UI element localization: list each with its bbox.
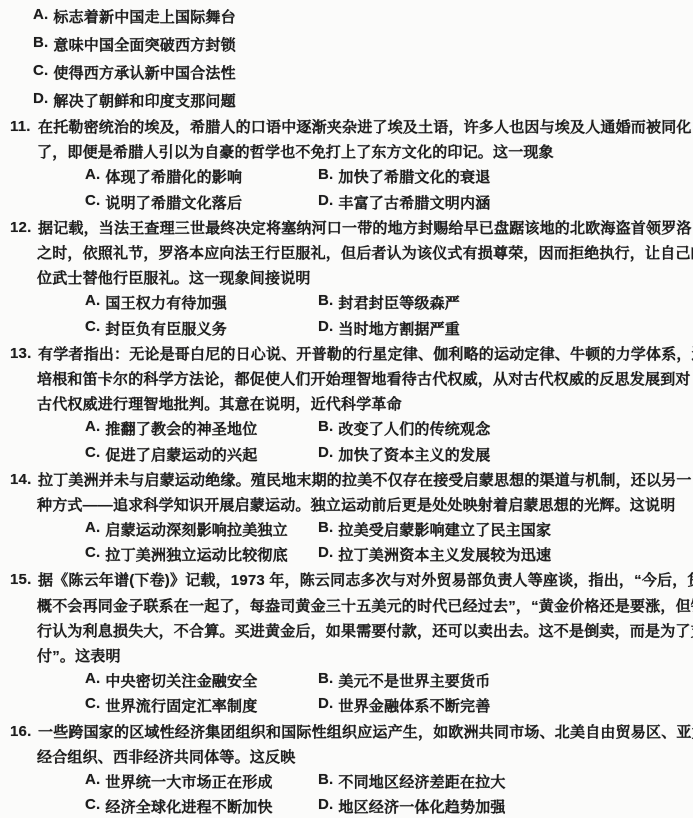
option-label: A. bbox=[85, 418, 100, 439]
stem-line: 14. 拉丁美洲并未与启蒙运动绝缘。殖民地末期的拉美不仅存在接受启蒙思想的渠道与… bbox=[0, 467, 693, 492]
stem-text: 据记载，当法王查理三世最终决定将塞纳河口一带的地方封赐给早已盘踞该地的北欧海盗首… bbox=[38, 217, 692, 238]
orphan-option-a: A.标志着新中国走上国际舞台 bbox=[0, 2, 693, 30]
option-c: C.拉丁美洲独立运动比较彻底 bbox=[85, 544, 318, 565]
option-label: D. bbox=[318, 318, 333, 339]
option-text: 封君封臣等级森严 bbox=[338, 292, 460, 313]
option-d: D.当时地方割据严重 bbox=[318, 318, 460, 339]
option-text: 当时地方割据严重 bbox=[338, 318, 460, 339]
orphan-option-c: C.使得西方承认新中国合法性 bbox=[0, 58, 693, 86]
option-c: C.世界流行固定汇率制度 bbox=[85, 695, 318, 716]
option-a: A.国王权力有待加强 bbox=[85, 292, 318, 313]
question-number: 12. bbox=[10, 219, 38, 236]
options-row: A.启蒙运动深刻影响拉美独立 B.拉美受启蒙影响建立了民主国家 bbox=[0, 517, 693, 542]
option-label: D. bbox=[33, 90, 48, 111]
question-number: 15. bbox=[10, 571, 38, 588]
stem-line: 之时，依照礼节，罗洛本应向法王行臣服礼，但后者认为该仪式有损尊荣，因而拒绝执行，… bbox=[0, 240, 693, 265]
stem-text: 行认为利息损失大，不合算。买进黄金后，如果需要付款，还可以卖出去。这不是倒卖，而… bbox=[37, 620, 693, 641]
option-label: A. bbox=[85, 292, 100, 313]
option-a: A.中央密切关注金融安全 bbox=[85, 670, 318, 691]
option-text: 启蒙运动深刻影响拉美独立 bbox=[105, 519, 287, 540]
option-label: C. bbox=[85, 318, 100, 339]
option-label: B. bbox=[33, 34, 48, 55]
option-c: C.封臣负有臣服义务 bbox=[85, 318, 318, 339]
stem-text: 付”。这表明 bbox=[37, 645, 121, 666]
stem-text: 经合组织、西非经济共同体等。这反映 bbox=[37, 746, 295, 767]
exam-page: A.标志着新中国走上国际舞台 B.意味中国全面突破西方封锁 C.使得西方承认新中… bbox=[0, 0, 693, 818]
option-b: B.拉美受启蒙影响建立了民主国家 bbox=[318, 519, 551, 540]
question-number: 14. bbox=[10, 471, 38, 488]
stem-line: 15. 据《陈云年谱(下卷)》记载，1973 年，陈云同志多次与对外贸易部负责人… bbox=[0, 567, 693, 592]
option-text: 世界统一大市场正在形成 bbox=[105, 771, 272, 792]
orphan-option-b: B.意味中国全面突破西方封锁 bbox=[0, 30, 693, 58]
question-13: 13. 有学者指出：无论是哥白尼的日心说、开普勒的行星定律、伽利略的运动定律、牛… bbox=[0, 341, 693, 467]
option-a: A.体现了希腊化的影响 bbox=[85, 166, 318, 187]
option-text: 改变了人们的传统观念 bbox=[338, 418, 490, 439]
option-label: A. bbox=[33, 6, 48, 27]
options-row: C.封臣负有臣服义务 D.当时地方割据严重 bbox=[0, 316, 693, 341]
option-text: 封臣负有臣服义务 bbox=[105, 318, 227, 339]
option-label: A. bbox=[85, 166, 100, 187]
option-c: C.促进了启蒙运动的兴起 bbox=[85, 444, 318, 465]
stem-line: 16. 一些跨国家的区域性经济集团组织和国际性组织应运产生，如欧洲共同市场、北美… bbox=[0, 719, 693, 744]
option-label: B. bbox=[318, 166, 333, 187]
option-label: C. bbox=[85, 192, 100, 213]
option-d: D.拉丁美洲资本主义发展较为迅速 bbox=[318, 544, 551, 565]
option-text: 使得西方承认新中国合法性 bbox=[53, 62, 235, 83]
question-12: 12. 据记载，当法王查理三世最终决定将塞纳河口一带的地方封赐给早已盘踞该地的北… bbox=[0, 215, 693, 341]
stem-text: 培根和笛卡尔的科学方法论，都促使人们开始理智地看待古代权威，从对古代权威的反思发… bbox=[37, 368, 691, 389]
question-14: 14. 拉丁美洲并未与启蒙运动绝缘。殖民地末期的拉美不仅存在接受启蒙思想的渠道与… bbox=[0, 467, 693, 568]
option-c: C.经济全球化进程不断加快 bbox=[85, 796, 318, 817]
options-row: C.经济全球化进程不断加快 D.地区经济一体化趋势加强 bbox=[0, 794, 693, 818]
option-d: D.丰富了古希腊文明内涵 bbox=[318, 192, 490, 213]
option-a: A.世界统一大市场正在形成 bbox=[85, 771, 318, 792]
stem-text: 位武士替他行臣服礼。这一现象间接说明 bbox=[37, 267, 311, 288]
options-row: C.世界流行固定汇率制度 D.世界金融体系不断完善 bbox=[0, 693, 693, 718]
option-text: 世界流行固定汇率制度 bbox=[105, 695, 257, 716]
option-text: 推翻了教会的神圣地位 bbox=[105, 418, 257, 439]
stem-line: 经合组织、西非经济共同体等。这反映 bbox=[0, 744, 693, 769]
stem-text: 种方式——追求科学知识开展启蒙运动。独立运动前后更是处处映射着启蒙思想的光辉。这… bbox=[37, 494, 675, 515]
option-text: 丰富了古希腊文明内涵 bbox=[338, 192, 490, 213]
option-label: C. bbox=[85, 544, 100, 565]
option-label: C. bbox=[85, 444, 100, 465]
stem-line: 概不会再同金子联系在一起了，每盎司黄金三十五美元的时代已经过去”，“黄金价格还是… bbox=[0, 593, 693, 618]
stem-text: 有学者指出：无论是哥白尼的日心说、开普勒的行星定律、伽利略的运动定律、牛顿的力学… bbox=[38, 343, 693, 364]
option-text: 经济全球化进程不断加快 bbox=[105, 796, 272, 817]
stem-line: 种方式——追求科学知识开展启蒙运动。独立运动前后更是处处映射着启蒙思想的光辉。这… bbox=[0, 492, 693, 517]
options-row: A.推翻了教会的神圣地位 B.改变了人们的传统观念 bbox=[0, 416, 693, 441]
option-label: C. bbox=[33, 62, 48, 83]
option-label: D. bbox=[318, 444, 333, 465]
option-d: D.加快了资本主义的发展 bbox=[318, 444, 490, 465]
option-text: 世界金融体系不断完善 bbox=[338, 695, 490, 716]
stem-line: 12. 据记载，当法王查理三世最终决定将塞纳河口一带的地方封赐给早已盘踞该地的北… bbox=[0, 215, 693, 240]
option-a: A.推翻了教会的神圣地位 bbox=[85, 418, 318, 439]
stem-text: 了，即便是希腊人引以为自豪的哲学也不免打上了东方文化的印记。这一现象 bbox=[37, 141, 554, 162]
stem-line: 13. 有学者指出：无论是哥白尼的日心说、开普勒的行星定律、伽利略的运动定律、牛… bbox=[0, 341, 693, 366]
question-15: 15. 据《陈云年谱(下卷)》记载，1973 年，陈云同志多次与对外贸易部负责人… bbox=[0, 567, 693, 718]
options-row: C.说明了希腊文化落后 D.丰富了古希腊文明内涵 bbox=[0, 190, 693, 215]
option-text: 国王权力有待加强 bbox=[105, 292, 227, 313]
question-number: 16. bbox=[10, 723, 38, 740]
option-label: D. bbox=[318, 796, 333, 817]
option-label: C. bbox=[85, 695, 100, 716]
option-c: C.说明了希腊文化落后 bbox=[85, 192, 318, 213]
stem-text: 拉丁美洲并未与启蒙运动绝缘。殖民地末期的拉美不仅存在接受启蒙思想的渠道与机制，还… bbox=[38, 469, 692, 490]
option-text: 意味中国全面突破西方封锁 bbox=[53, 34, 235, 55]
stem-line: 11. 在托勒密统治的埃及，希腊人的口语中逐渐夹杂进了埃及土语，许多人也因与埃及… bbox=[0, 114, 693, 139]
option-text: 加快了希腊文化的衰退 bbox=[338, 166, 490, 187]
option-b: B.不同地区经济差距在拉大 bbox=[318, 771, 506, 792]
option-text: 拉美受启蒙影响建立了民主国家 bbox=[338, 519, 551, 540]
option-b: B.加快了希腊文化的衰退 bbox=[318, 166, 490, 187]
option-label: B. bbox=[318, 418, 333, 439]
option-text: 加快了资本主义的发展 bbox=[338, 444, 490, 465]
option-a: A.启蒙运动深刻影响拉美独立 bbox=[85, 519, 318, 540]
stem-text: 之时，依照礼节，罗洛本应向法王行臣服礼，但后者认为该仪式有损尊荣，因而拒绝执行，… bbox=[37, 242, 693, 263]
stem-text: 据《陈云年谱(下卷)》记载，1973 年，陈云同志多次与对外贸易部负责人等座谈，… bbox=[38, 569, 693, 590]
options-row: A.体现了希腊化的影响 B.加快了希腊文化的衰退 bbox=[0, 164, 693, 189]
option-d: D.地区经济一体化趋势加强 bbox=[318, 796, 506, 817]
stem-line: 了，即便是希腊人引以为自豪的哲学也不免打上了东方文化的印记。这一现象 bbox=[0, 139, 693, 164]
option-text: 拉丁美洲资本主义发展较为迅速 bbox=[338, 544, 551, 565]
options-row: A.国王权力有待加强 B.封君封臣等级森严 bbox=[0, 290, 693, 315]
question-11: 11. 在托勒密统治的埃及，希腊人的口语中逐渐夹杂进了埃及土语，许多人也因与埃及… bbox=[0, 114, 693, 215]
option-label: D. bbox=[318, 192, 333, 213]
stem-text: 概不会再同金子联系在一起了，每盎司黄金三十五美元的时代已经过去”，“黄金价格还是… bbox=[37, 595, 693, 616]
question-16: 16. 一些跨国家的区域性经济集团组织和国际性组织应运产生，如欧洲共同市场、北美… bbox=[0, 719, 693, 818]
options-row: C.促进了启蒙运动的兴起 D.加快了资本主义的发展 bbox=[0, 441, 693, 466]
orphan-option-d: D.解决了朝鲜和印度支那问题 bbox=[0, 86, 693, 114]
option-text: 解决了朝鲜和印度支那问题 bbox=[53, 90, 235, 111]
stem-line: 古代权威进行理智地批判。其意在说明，近代科学革命 bbox=[0, 391, 693, 416]
option-text: 拉丁美洲独立运动比较彻底 bbox=[105, 544, 287, 565]
options-row: C.拉丁美洲独立运动比较彻底 D.拉丁美洲资本主义发展较为迅速 bbox=[0, 542, 693, 567]
option-label: A. bbox=[85, 771, 100, 792]
option-text: 说明了希腊文化落后 bbox=[105, 192, 242, 213]
stem-text: 在托勒密统治的埃及，希腊人的口语中逐渐夹杂进了埃及土语，许多人也因与埃及人通婚而… bbox=[38, 116, 692, 137]
option-label: B. bbox=[318, 519, 333, 540]
options-row: A.世界统一大市场正在形成 B.不同地区经济差距在拉大 bbox=[0, 769, 693, 794]
option-text: 美元不是世界主要货币 bbox=[338, 670, 490, 691]
stem-line: 付”。这表明 bbox=[0, 643, 693, 668]
stem-line: 位武士替他行臣服礼。这一现象间接说明 bbox=[0, 265, 693, 290]
option-text: 体现了希腊化的影响 bbox=[105, 166, 242, 187]
option-b: B.封君封臣等级森严 bbox=[318, 292, 460, 313]
option-text: 地区经济一体化趋势加强 bbox=[338, 796, 505, 817]
question-number: 13. bbox=[10, 345, 38, 362]
stem-text: 一些跨国家的区域性经济集团组织和国际性组织应运产生，如欧洲共同市场、北美自由贸易… bbox=[38, 721, 693, 742]
option-label: A. bbox=[85, 519, 100, 540]
option-d: D.世界金融体系不断完善 bbox=[318, 695, 490, 716]
option-b: B.改变了人们的传统观念 bbox=[318, 418, 490, 439]
option-text: 标志着新中国走上国际舞台 bbox=[53, 6, 235, 27]
option-b: B.美元不是世界主要货币 bbox=[318, 670, 490, 691]
option-label: A. bbox=[85, 670, 100, 691]
option-label: D. bbox=[318, 695, 333, 716]
option-label: B. bbox=[318, 670, 333, 691]
option-label: C. bbox=[85, 796, 100, 817]
stem-line: 培根和笛卡尔的科学方法论，都促使人们开始理智地看待古代权威，从对古代权威的反思发… bbox=[0, 366, 693, 391]
option-text: 促进了启蒙运动的兴起 bbox=[105, 444, 257, 465]
stem-line: 行认为利息损失大，不合算。买进黄金后，如果需要付款，还可以卖出去。这不是倒卖，而… bbox=[0, 618, 693, 643]
option-text: 不同地区经济差距在拉大 bbox=[338, 771, 505, 792]
stem-text: 古代权威进行理智地批判。其意在说明，近代科学革命 bbox=[37, 393, 402, 414]
question-number: 11. bbox=[10, 118, 38, 135]
option-label: B. bbox=[318, 292, 333, 313]
option-text: 中央密切关注金融安全 bbox=[105, 670, 257, 691]
option-label: B. bbox=[318, 771, 333, 792]
option-label: D. bbox=[318, 544, 333, 565]
options-row: A.中央密切关注金融安全 B.美元不是世界主要货币 bbox=[0, 668, 693, 693]
